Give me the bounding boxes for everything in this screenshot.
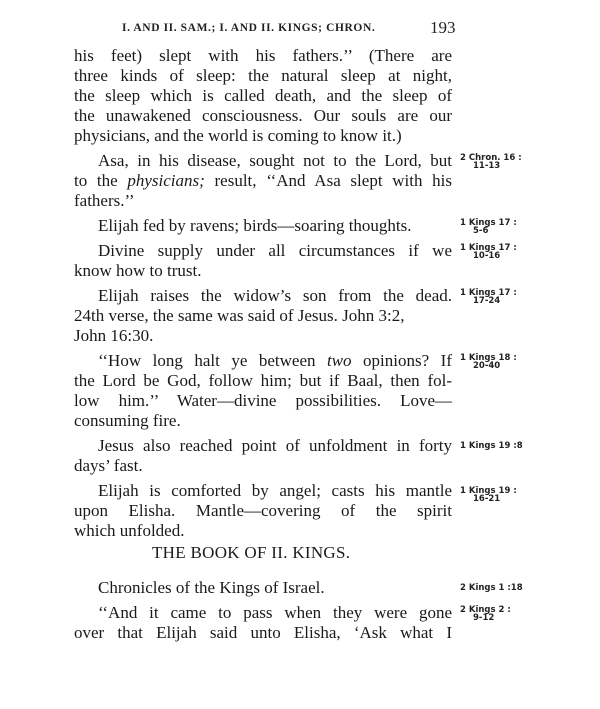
paragraph-asa: Asa, in his disease, sought not to the L…: [74, 151, 452, 211]
margin-reference: 1 Kings 18 : 20-40: [460, 354, 517, 370]
text-line: upon Elisha. Mantle—covering of the spir…: [74, 501, 452, 521]
text-line: Elijah fed by ravens; birds—soaring thou…: [74, 216, 452, 236]
text-fragment: to the: [74, 171, 127, 190]
body-text: his feet) slept with his fathers.’’ (The…: [74, 46, 452, 546]
text-line: Chronicles of the Kings of Israel.: [74, 578, 452, 598]
margin-reference: 1 Kings 17 : 10-16: [460, 244, 517, 260]
reference-verses: 9-12: [460, 614, 511, 622]
text-line: over that Elijah said unto Elisha, ‘Ask …: [74, 623, 452, 643]
running-title: I. AND II. SAM.; I. AND II. KINGS; CHRON…: [122, 22, 375, 34]
text-line: Jesus also reached point of unfoldment i…: [74, 436, 452, 456]
italic-emphasis: two: [327, 351, 352, 370]
paragraph-divine-supply: Divine supply under all circumstances if…: [74, 241, 452, 281]
text-line: ‘‘And it came to pass when they were gon…: [74, 603, 452, 623]
text-line: physicians, and the world is coming to k…: [74, 126, 452, 146]
text-line: fathers.’’: [74, 191, 452, 211]
text-line: consuming fire.: [74, 411, 452, 431]
paragraph-forty-days: Jesus also reached point of unfoldment i…: [74, 436, 452, 476]
reference-book: 1 Kings 17 :: [460, 219, 517, 227]
text-line: John 16:30.: [74, 326, 452, 346]
text-line: 24th verse, the same was said of Jesus. …: [74, 306, 452, 326]
running-head: I. AND II. SAM.; I. AND II. KINGS; CHRON…: [122, 18, 462, 38]
margin-reference: 1 Kings 17 : 5-6: [460, 219, 517, 235]
text-fragment: ‘‘How long halt ye between: [98, 351, 327, 370]
text-line: Elijah is comforted by angel; casts his …: [74, 481, 452, 501]
text-line: days’ fast.: [74, 456, 452, 476]
text-line: the Lord be God, follow him; but if Baal…: [74, 371, 452, 391]
reference-verses: 11-13: [460, 162, 522, 170]
text-line: ‘‘How long halt ye between two opinions?…: [74, 351, 452, 371]
reference-book: 2 Kings 1 :18: [460, 584, 523, 592]
italic-emphasis: physicians;: [127, 171, 204, 190]
margin-reference: 1 Kings 19 : 16-21: [460, 487, 517, 503]
reference-verses: 10-16: [460, 252, 517, 260]
text-line: his feet) slept with his fathers.’’ (The…: [74, 46, 452, 66]
page-number: 193: [430, 18, 456, 38]
paragraph-widows-son: Elijah raises the widow’s son from the d…: [74, 286, 452, 346]
margin-reference: 2 Chron. 16 : 11-13: [460, 154, 522, 170]
margin-reference: 2 Kings 1 :18: [460, 584, 523, 592]
paragraph-chronicles: Chronicles of the Kings of Israel. 2 Kin…: [74, 578, 452, 598]
text-line: Elijah raises the widow’s son from the d…: [74, 286, 452, 306]
text-line: to the physicians; result, ‘‘And Asa sle…: [74, 171, 452, 191]
reference-verses: 20-40: [460, 362, 517, 370]
text-line: know how to trust.: [74, 261, 452, 281]
reference-verses: 16-21: [460, 495, 517, 503]
text-line: the sleep which is called death, and the…: [74, 86, 452, 106]
text-line: Asa, in his disease, sought not to the L…: [74, 151, 452, 171]
margin-reference: 1 Kings 19 :8: [460, 442, 523, 450]
text-line: three kinds of sleep: the natural sleep …: [74, 66, 452, 86]
text-line: low him.’’ Water—divine possibilities. L…: [74, 391, 452, 411]
paragraph-sleep: his feet) slept with his fathers.’’ (The…: [74, 46, 452, 146]
text-line: the unawakened consciousness. Our souls …: [74, 106, 452, 126]
reference-verses: 17-24: [460, 297, 517, 305]
paragraph-ravens: Elijah fed by ravens; birds—soaring thou…: [74, 216, 452, 236]
paragraph-mantle: Elijah is comforted by angel; casts his …: [74, 481, 452, 541]
text-line: Divine supply under all circumstances if…: [74, 241, 452, 261]
reference-verses: 5-6: [460, 227, 517, 235]
margin-reference: 2 Kings 2 : 9-12: [460, 606, 511, 622]
text-fragment: opinions? If: [352, 351, 452, 370]
margin-reference: 1 Kings 17 : 17-24: [460, 289, 517, 305]
section-title: THE BOOK OF II. KINGS.: [152, 543, 350, 563]
section-body-text: Chronicles of the Kings of Israel. 2 Kin…: [74, 578, 452, 648]
paragraph-two-opinions: ‘‘How long halt ye between two opinions?…: [74, 351, 452, 431]
text-fragment: result, ‘‘And Asa slept with his: [205, 171, 452, 190]
text-line: which unfolded.: [74, 521, 452, 541]
paragraph-elijah-elisha: ‘‘And it came to pass when they were gon…: [74, 603, 452, 643]
reference-book: 1 Kings 19 :8: [460, 442, 523, 450]
